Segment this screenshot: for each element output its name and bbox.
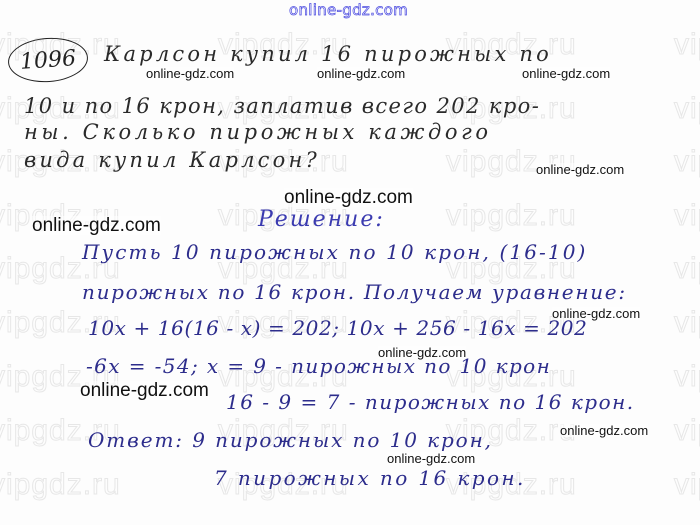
- watermark-text: vipgdz.ru: [674, 414, 700, 448]
- solution-heading: Решение:: [258, 207, 385, 232]
- answer-line: Ответ: 9 пирожных по 10 крон,: [88, 430, 493, 450]
- watermark-text: vipgdz.ru: [674, 468, 700, 502]
- solution-line: Пусть 10 пирожных по 10 крон, (16-10): [82, 242, 587, 262]
- condition-line: вида купил Карлсон?: [24, 150, 320, 171]
- site-stamp: online-gdz.com: [552, 307, 640, 320]
- watermark-text: vipgdz.ru: [674, 306, 700, 340]
- site-stamp: online-gdz.com: [378, 346, 466, 359]
- watermark-text: vipgdz.ru: [674, 360, 700, 394]
- site-stamp: online-gdz.com: [522, 67, 610, 80]
- watermark-text: vipgdz.ru: [674, 199, 700, 233]
- watermark-text: vipgdz.ru: [0, 468, 208, 502]
- homework-page: vipgdz.ruvipgdz.ruvipgdz.ruvipgdz.ru vip…: [0, 0, 700, 525]
- site-stamp: online-gdz.com: [80, 381, 209, 400]
- condition-line: Карлсон купил 16 пирожных по: [104, 44, 552, 65]
- watermark-text: vipgdz.ru: [674, 92, 700, 126]
- watermark-text: vipgdz.ru: [674, 145, 700, 179]
- site-stamp: online-gdz.com: [284, 188, 413, 207]
- condition-line: ны. Сколько пирожных каждого: [24, 122, 492, 143]
- watermark-text: vipgdz.ru: [674, 28, 700, 62]
- equation-line: 10x + 16(16 - x) = 202; 10x + 256 - 16x …: [88, 318, 587, 338]
- site-stamp: online-gdz.com: [317, 67, 405, 80]
- watermark-text: vipgdz.ru: [674, 252, 700, 286]
- answer-line: 7 пирожных по 16 крон.: [214, 468, 526, 488]
- site-stamp: online-gdz.com: [146, 67, 234, 80]
- watermark-text: vipgdz.ru: [446, 199, 664, 233]
- site-stamp: online-gdz.com: [32, 216, 161, 235]
- solution-line: пирожных по 16 крон. Получаем уравнение:: [82, 282, 627, 302]
- equation-line: -6x = -54; x = 9 - пирожных по 10 крон: [86, 356, 551, 376]
- site-stamp: online-gdz.com: [560, 424, 648, 437]
- condition-line: 10 и по 16 крон, заплатив всего 202 кро-: [24, 96, 540, 117]
- header-watermark: online-gdz.com: [289, 1, 408, 19]
- site-stamp: online-gdz.com: [536, 163, 624, 176]
- solution-line: 16 - 9 = 7 - пирожных по 16 крон.: [226, 392, 635, 412]
- site-stamp: online-gdz.com: [387, 452, 475, 465]
